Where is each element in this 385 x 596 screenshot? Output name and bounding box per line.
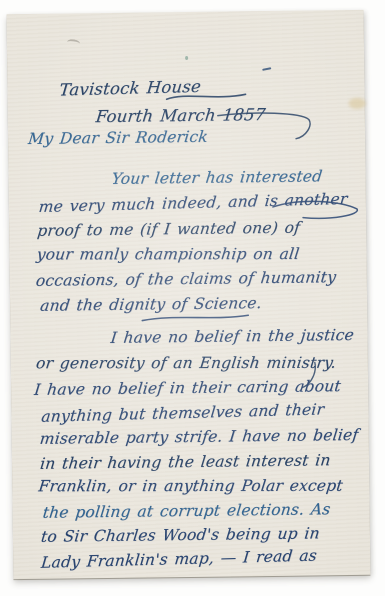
pencil-smudge <box>67 39 81 48</box>
body-line-15: Lady Franklin's map, — I read as <box>40 549 317 572</box>
body-line-5: and the dignity of Science. <box>39 296 262 314</box>
body-line-11: in their having the least interest in <box>39 453 331 472</box>
stray-ink-dash <box>262 67 271 71</box>
heading-place: Tavistock House <box>59 79 202 99</box>
body-line-10: miserable party strife. I have no belief <box>39 428 359 447</box>
body-line-6: I have no belief in the justice <box>110 328 355 346</box>
letter-paper: Tavistock House Fourth March 1857 My Dea… <box>7 10 371 579</box>
ink-stain <box>349 98 366 109</box>
body-line-7: or generosity of an English ministry. <box>35 356 337 372</box>
body-line-8: I have no belief in their caring about <box>33 379 341 398</box>
body-line-3: your manly championship on all <box>36 247 300 263</box>
heading-date: Fourth March 1857 <box>95 107 266 126</box>
body-line-2: proof to me (if I wanted one) of <box>36 221 301 240</box>
salutation: My Dear Sir Roderick <box>27 130 208 148</box>
letter-photo: Tavistock House Fourth March 1857 My Dea… <box>0 0 385 596</box>
body-line-9: anything but themselves and their <box>41 402 325 425</box>
body-line-13: the polling at corrupt elections. As <box>42 502 331 521</box>
body-line-4: occasions, of the claims of humanity <box>35 270 337 289</box>
ink-speck <box>185 56 188 60</box>
body-line-0: Your letter has interested <box>111 169 323 187</box>
body-line-1: me very much indeed, and is another <box>38 192 348 216</box>
body-line-14: to Sir Charles Wood's being up in <box>40 526 320 545</box>
body-line-12: Franklin, or in anything Polar except <box>38 479 344 495</box>
